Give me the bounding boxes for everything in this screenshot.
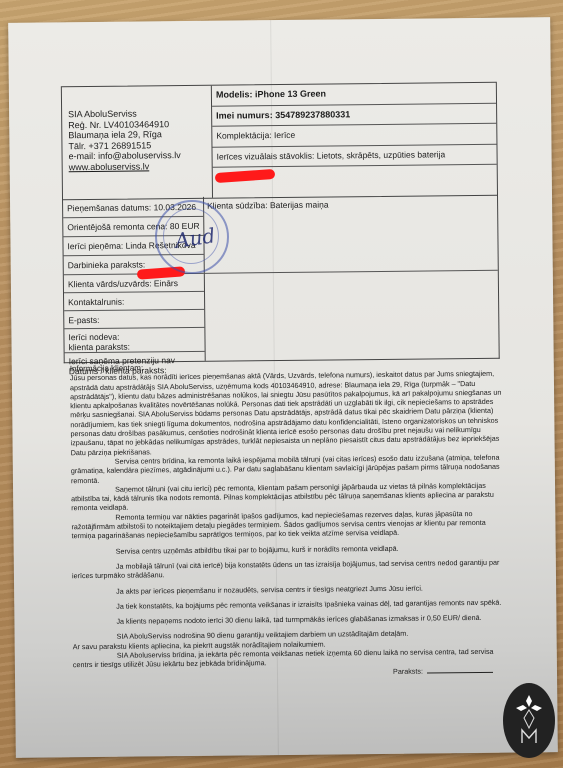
company-info: SIA AboluServiss Reģ. Nr. LV40103464910 … xyxy=(62,86,213,200)
info-liability: Servisa centrs uzņēmās atbildību tikai p… xyxy=(72,542,512,556)
contact-phone: Kontaktalrunis: xyxy=(64,292,204,311)
client-email: E-pasts: xyxy=(64,310,204,329)
info-storage-fee: Ja klients nepaņems nodoto ierīci 30 die… xyxy=(72,613,512,627)
diamond-m-logo-icon xyxy=(503,683,555,758)
signature-line xyxy=(427,671,493,673)
client-information: Informācija klientam: Jūsu personas datu… xyxy=(70,360,513,679)
header-table: SIA AboluServiss Reģ. Nr. LV40103464910 … xyxy=(61,82,498,201)
info-gdpr: Jūsu personas datus, kas norādīti ierīce… xyxy=(70,369,511,457)
handed-over-signature-label: klienta paraksts: xyxy=(69,341,201,352)
info-owner-fault: Ja tiek konstatēts, ka bojājums pēc remo… xyxy=(72,597,512,611)
received-no-claims: Ierīci saņēma pretenziju nav Datums / kl… xyxy=(65,352,205,362)
company-website[interactable]: www.aboluserviss.lv xyxy=(69,160,212,172)
complaint-area: Klienta sūdzība: Baterijas maiņa xyxy=(203,194,499,361)
form-table: Pieņemšanas datums: 10.03.2026 Orientējo… xyxy=(62,194,500,364)
handed-over: Ierīci nodeva: klienta paraksts: xyxy=(64,328,204,353)
client-name: Klienta vārds/uzvārds: Einārs xyxy=(64,274,204,293)
signature-label: Paraksts: xyxy=(393,666,423,675)
repair-acceptance-form: SIA AboluServiss Reģ. Nr. LV40103464910 … xyxy=(8,17,558,758)
device-info: Modelis: iPhone 13 Green Imei numurs: 35… xyxy=(212,83,497,198)
info-water-damage: Ja mobilajā tālrunī (vai citā ierīcē) bi… xyxy=(72,558,512,581)
info-repair-term: Remonta termiņu var nākties pagarināt īp… xyxy=(71,508,511,540)
info-lost-act: Ja akts par ierīces pieņemšanu ir nozaud… xyxy=(72,582,512,596)
client-complaint: Klienta sūdzība: Baterijas maiņa xyxy=(203,194,498,274)
